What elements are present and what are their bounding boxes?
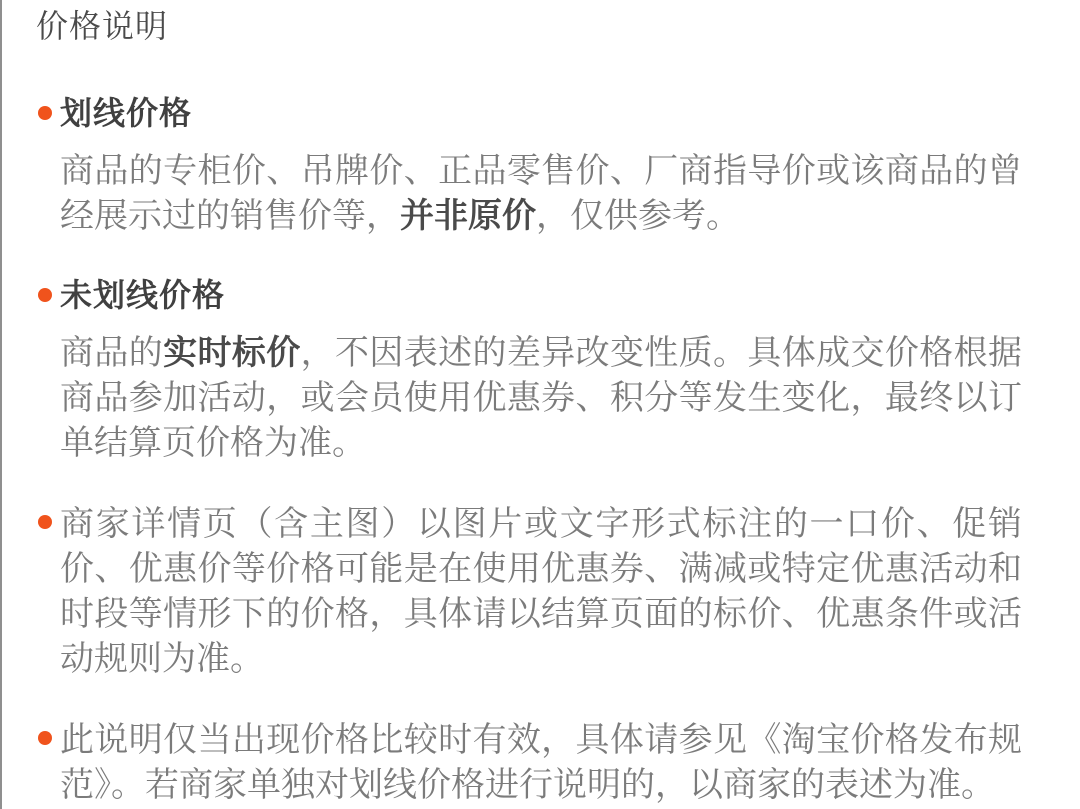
item-heading: 划线价格 [60,93,1022,133]
bullet-icon [38,288,52,302]
text-segment: ，仅供参考。 [536,197,740,235]
list-item: 商家详情页（含主图）以图片或文字形式标注的一口价、促销价、优惠价等价格可能是在使… [36,502,1022,682]
price-notes-list: 划线价格 商品的专柜价、吊牌价、正品零售价、厂商指导价或该商品的曾经展示过的销售… [36,93,1022,808]
list-item: 划线价格 商品的专柜价、吊牌价、正品零售价、厂商指导价或该商品的曾经展示过的销售… [36,93,1022,239]
item-paragraph: 商品的实时标价，不因表述的差异改变性质。具体成交价格根据商品参加活动，或会员使用… [60,331,1022,466]
text-segment-bold: 实时标价 [163,334,300,372]
bullet-icon [38,106,52,120]
text-segment: 此说明仅当出现价格比较时有效，具体请参见《淘宝价格发布规范》。若商家单独对划线价… [60,721,1022,804]
list-item: 此说明仅当出现价格比较时有效，具体请参见《淘宝价格发布规范》。若商家单独对划线价… [36,718,1022,808]
price-explanation-page: 价格说明 划线价格 商品的专柜价、吊牌价、正品零售价、厂商指导价或该商品的曾经展… [0,0,1080,808]
page-left-border [0,0,2,809]
text-segment: 商家详情页（含主图）以图片或文字形式标注的一口价、促销价、优惠价等价格可能是在使… [60,505,1022,678]
item-paragraph: 商品的专柜价、吊牌价、正品零售价、厂商指导价或该商品的曾经展示过的销售价等，并非… [60,149,1022,239]
item-paragraph: 商家详情页（含主图）以图片或文字形式标注的一口价、促销价、优惠价等价格可能是在使… [60,502,1022,682]
text-segment-bold: 并非原价 [400,197,536,235]
list-item: 未划线价格 商品的实时标价，不因表述的差异改变性质。具体成交价格根据商品参加活动… [36,275,1022,466]
text-segment: 商品的 [60,334,163,372]
page-title: 价格说明 [36,6,1022,46]
item-paragraph: 此说明仅当出现价格比较时有效，具体请参见《淘宝价格发布规范》。若商家单独对划线价… [60,718,1022,808]
bullet-icon [38,515,52,529]
bullet-icon [38,731,52,745]
item-heading: 未划线价格 [60,275,1022,315]
